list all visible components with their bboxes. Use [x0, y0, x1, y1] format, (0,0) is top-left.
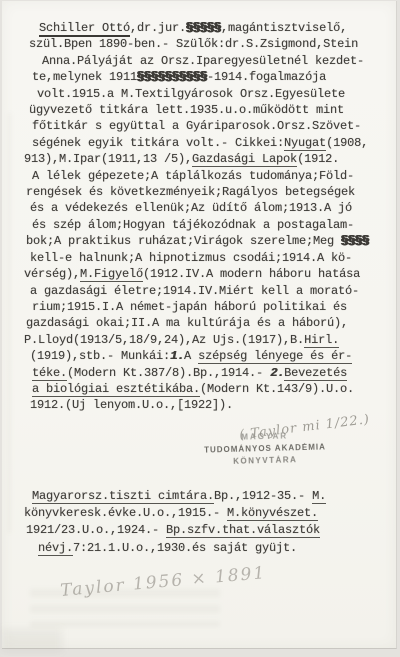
scan-edge-smudge: [8, 113, 11, 533]
typewriter-text: kell-e halnunk;A hipnotizmus csodái;1914…: [30, 251, 352, 265]
underlined-text: Nyugat: [284, 136, 326, 151]
sources-text-block: Magyarorsz.tiszti cimtára.Bp.,1912-35.- …: [24, 488, 392, 557]
text-line: gazdasági okai;II.A ma kultúrája és a há…: [26, 315, 392, 331]
typewriter-text: (Modern Kt.143/9).U.o.: [200, 382, 354, 396]
typewriter-text: (1912.IV.A modern háboru hatása: [143, 267, 360, 281]
text-line: Magyarorsz.tiszti cimtára.Bp.,1912-35.- …: [32, 488, 392, 505]
text-line: A lélek gépezete;A táplálkozás tudománya…: [32, 168, 392, 184]
typewriter-text: te,melynek 1911: [32, 70, 137, 84]
text-line: és szép álom;Hogyan tájékozódnak a posta…: [32, 217, 392, 233]
typewriter-text: gazdasági okai;II.A ma kultúrája és a há…: [26, 316, 348, 330]
underlined-text: Bp.szfv.that.választók: [166, 523, 320, 538]
typewriter-text: volt.1915.a M.Textilgyárosok Orsz.Egyesü…: [37, 87, 345, 101]
overlined-text: Bpen 18: [64, 36, 113, 51]
typewriter-text: 90-ben.- Szülők:dr.S.Zsigmond,Stein: [113, 37, 358, 51]
typewriter-text: -1914.fogalmazója: [207, 70, 326, 84]
text-line: és a védekezés ellenük;Az üdítő álom;191…: [30, 200, 392, 216]
typewriter-text: és a védekezés ellenük;Az üdítő álom;191…: [30, 201, 352, 215]
text-line: 913),M.Ipar(1911,13 /5),Gazdasági Lapok(…: [24, 151, 392, 167]
text-line: szül.Bpen 1890-ben.- Szülők:dr.S.Zsigmon…: [29, 36, 392, 52]
scanned-catalog-card: Schiller Ottó,dr.jur.§§§§§,magántisztvis…: [0, 0, 400, 657]
typewriter-text: A lélek gépezete;A táplálkozás tudománya…: [32, 169, 354, 183]
typewriter-text: 1912.(Uj lenyom.U.o.,[1922]).: [30, 398, 233, 412]
underlined-text: a biológiai esztétikába.: [32, 382, 200, 397]
text-line: volt.1915.a M.Textilgyárosok Orsz.Egyesü…: [37, 86, 392, 102]
typewriter-text: ,dr.jur.: [130, 21, 186, 35]
typewriter-text: A: [184, 349, 198, 363]
text-line: a biológiai esztétikába.(Modern Kt.143/9…: [32, 381, 392, 397]
underlined-text: M.: [312, 489, 326, 504]
text-line: Schiller Ottó,dr.jur.§§§§§,magántisztvis…: [39, 20, 392, 36]
typewriter-text: könyvkeresk.évke.U.o.,1915.-: [24, 506, 227, 520]
underlined-text: Bevezetés: [284, 366, 347, 381]
text-line: a gazdasági életre;1914.IV.Miért kell a …: [30, 283, 392, 299]
typewriter-text: szül.: [29, 37, 64, 51]
text-line: vérség),M.Figyelő(1912.IV.A modern hábor…: [24, 266, 392, 282]
underlined-text: Gazdasági Lapok: [192, 152, 297, 167]
text-line: 1921/23.U.o.,1924.- Bp.szfv.that.választ…: [26, 522, 392, 539]
typewriter-text: ügyvezető titkára lett.1935.u.o.működött…: [29, 103, 344, 117]
typewriter-text: a gazdasági életre;1914.IV.Miért kell a …: [30, 284, 359, 298]
text-line: főtitkár s együttal a Gyáriparosok.Orsz.…: [32, 118, 392, 134]
underlined-text: M.Figyelő: [80, 267, 143, 282]
typewriter-text: rengések és következményeik;Ragályos bet…: [26, 185, 355, 199]
text-line: névj.7:21.1.U.o.,1930.és saját gyüjt.: [38, 540, 392, 557]
text-line: rengések és következményeik;Ragályos bet…: [26, 184, 392, 200]
biography-text-block: Schiller Ottó,dr.jur.§§§§§,magántisztvis…: [24, 20, 392, 414]
underlined-text: névj.: [38, 541, 73, 556]
text-line: kell-e halnunk;A hipnotizmus csodái;1914…: [30, 250, 392, 266]
typewriter-text: bok;A praktikus ruházat;Virágok szerelme…: [26, 234, 341, 248]
typewriter-text: Anna.Pályáját az Orsz.Iparegyesületnél k…: [42, 54, 364, 68]
stamp-text-line: KÖNYVTÁRA: [195, 454, 335, 467]
typewriter-text: ségének egyik titkára volt.- Cikkei:: [32, 136, 284, 150]
typewriter-text: 1921/23.U.o.,1924.-: [26, 523, 166, 537]
text-line: téke.(Modern Kt.387/8).Bp.,1914.- 2.Beve…: [32, 365, 392, 381]
underlined-text: téke.: [32, 366, 67, 381]
bold-numeral: 1.: [170, 349, 184, 363]
typewriter-text: rium;1915.I.A német-japán háború politik…: [32, 300, 347, 314]
text-line: P.Lloyd(1913/5,18/9,24),Az Ujs.(1917),B.…: [24, 332, 392, 348]
typewriter-text: és szép álom;Hogyan tájékozódnak a posta…: [32, 218, 354, 232]
typewriter-text: főtitkár s együttal a Gyáriparosok.Orsz.…: [32, 119, 361, 133]
typewriter-text: Bp.,1912-35.-: [214, 489, 312, 503]
card-paper: Schiller Ottó,dr.jur.§§§§§,magántisztvis…: [2, 1, 397, 649]
text-line: bok;A praktikus ruházat;Virágok szerelme…: [26, 233, 392, 249]
text-line: 1912.(Uj lenyom.U.o.,[1922]).: [30, 397, 392, 413]
typewriter-text: (Modern Kt.387/8).Bp.,1914.-: [67, 366, 270, 380]
typewriter-text: P.Lloyd(1913/5,18/9,24),Az Ujs.(1917),B.: [24, 333, 304, 347]
text-line: ségének egyik titkára volt.- Cikkei:Nyug…: [32, 135, 392, 151]
typewriter-text: (1908,: [326, 136, 368, 150]
underlined-text: Hirl.: [304, 333, 339, 348]
text-line: könyvkeresk.évke.U.o.,1915.- M.könyvésze…: [24, 505, 392, 522]
overstruck-text: §§§§: [341, 234, 369, 248]
typewriter-text: 913),M.Ipar(1911,13 /5),: [24, 152, 192, 166]
overstruck-text: §§§§§§§§§§: [137, 70, 207, 84]
text-line: te,melynek 1911§§§§§§§§§§-1914.fogalmazó…: [32, 69, 392, 85]
stamp-text-line: TUDOMÁNYOS AKADÉMIA: [195, 442, 335, 455]
overstruck-text: §§§§§: [186, 21, 221, 35]
typewriter-text: (1919),stb.- Munkái:: [30, 349, 170, 363]
typewriter-text: (1912.: [297, 152, 339, 166]
bleed-through-ghost: [30, 589, 220, 627]
underlined-text: M.könyvészet.: [227, 506, 318, 521]
underlined-text: szépség lényege és ér-: [198, 349, 352, 364]
typewriter-text: ,magántisztviselő,: [221, 21, 347, 35]
text-line: (1919),stb.- Munkái:1.A szépség lényege …: [30, 348, 392, 364]
text-line: rium;1915.I.A német-japán háború politik…: [32, 299, 392, 315]
typewriter-text: vérség),: [24, 267, 80, 281]
text-line: ügyvezető titkára lett.1935.u.o.működött…: [29, 102, 392, 118]
scan-smudge: [2, 629, 62, 651]
underlined-text: Magyarorsz.tiszti cimtára.: [32, 489, 214, 504]
typewriter-text: 7:21.1.U.o.,1930.és saját gyüjt.: [73, 541, 297, 555]
heavy-underlined-text: Schiller Ottó: [39, 21, 130, 37]
bold-numeral: 2.: [270, 366, 284, 380]
text-line: Anna.Pályáját az Orsz.Iparegyesületnél k…: [42, 53, 392, 69]
